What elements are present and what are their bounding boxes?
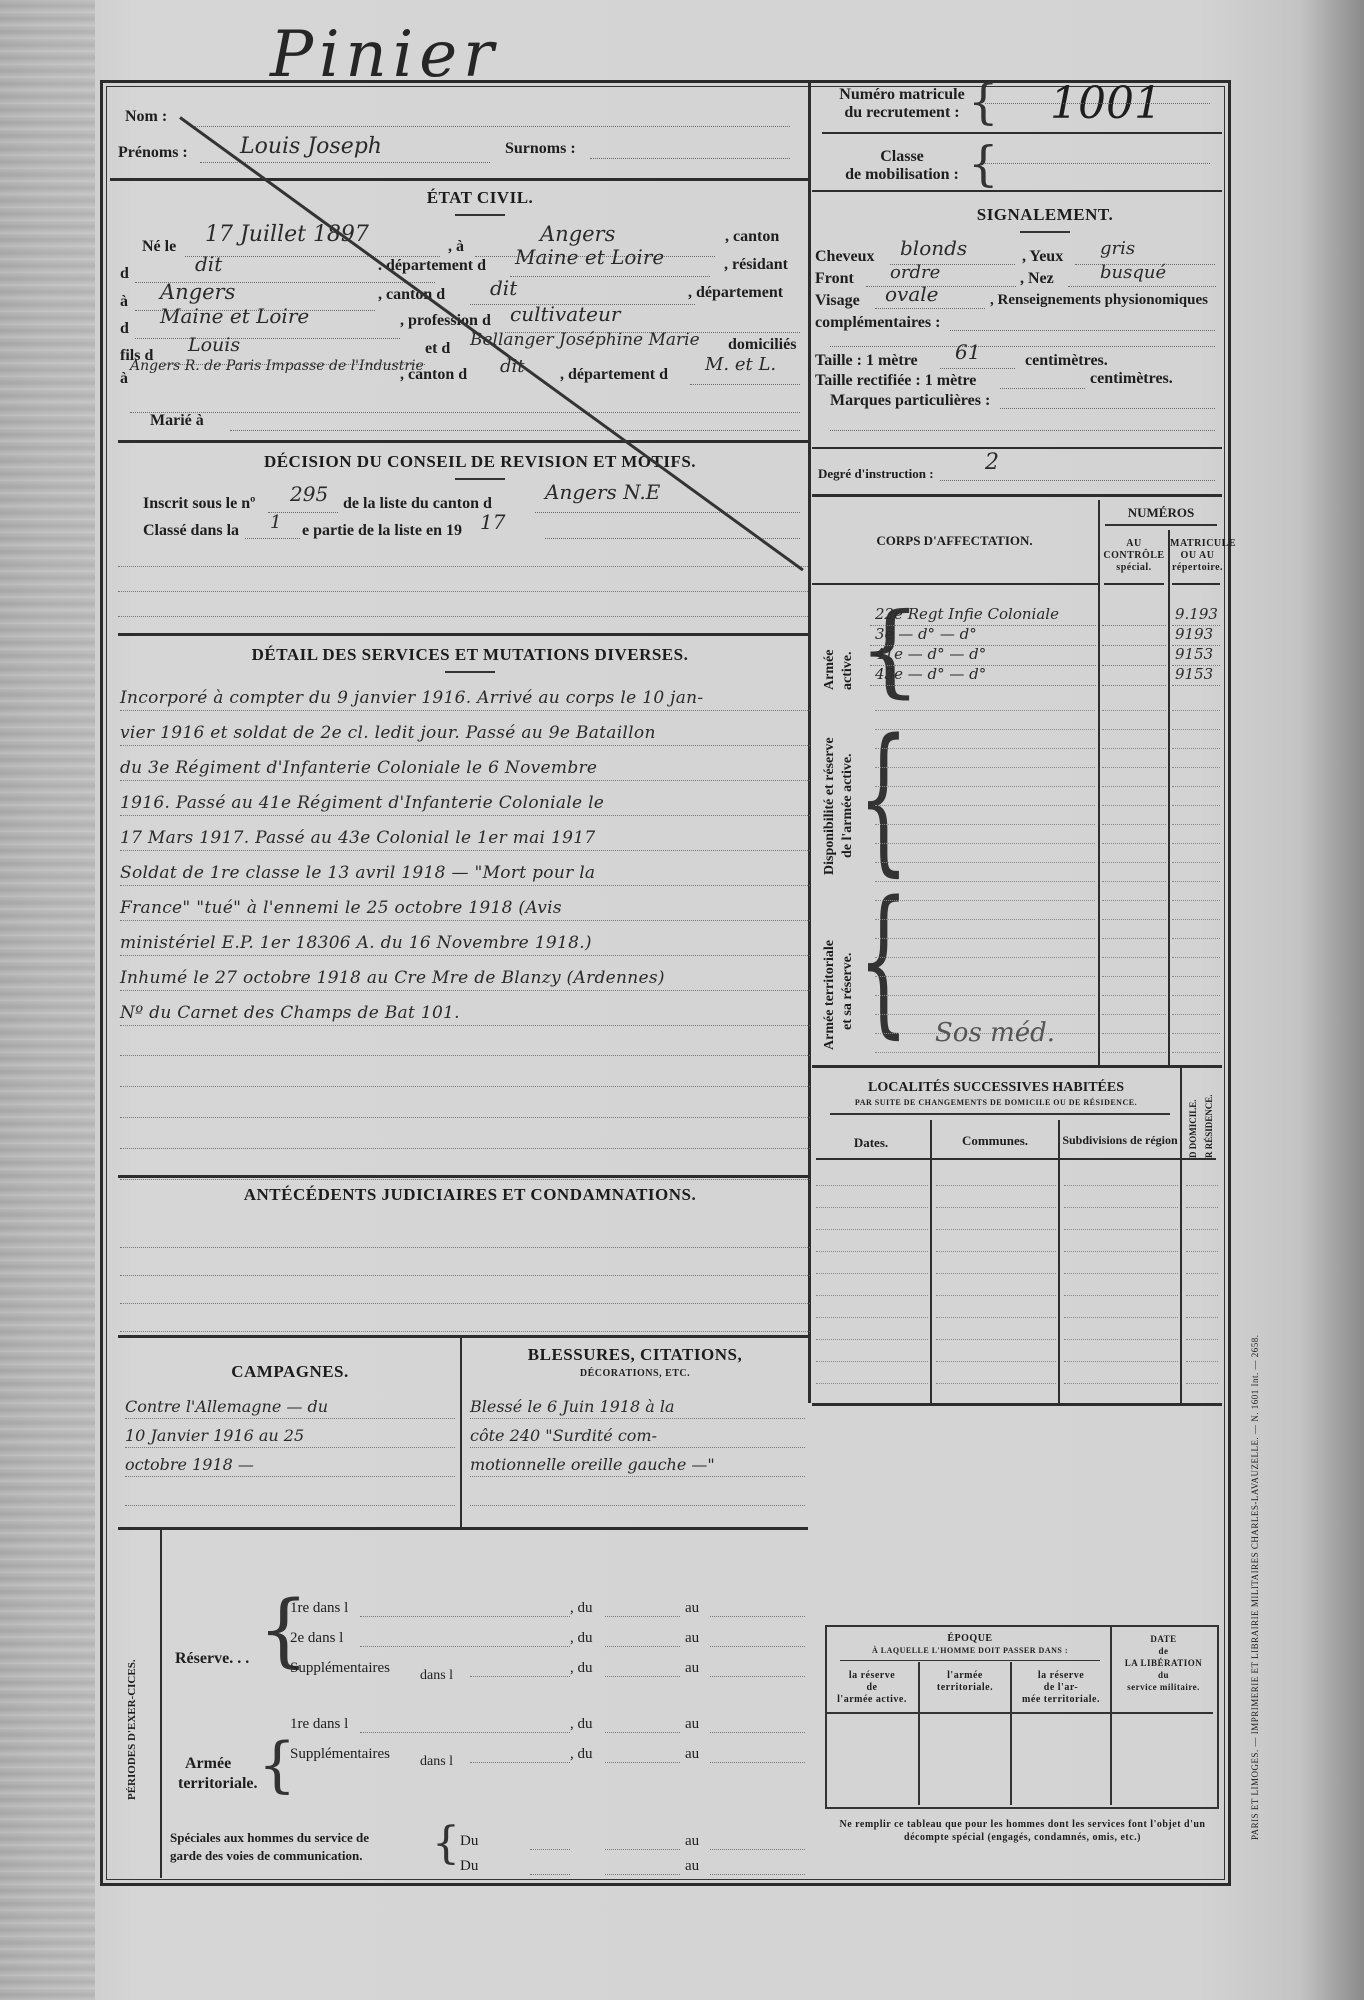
ruled-line <box>605 1732 680 1733</box>
services-line-text: Incorporé à compter du 9 janvier 1916. A… <box>120 688 703 708</box>
ruled-line <box>870 685 1096 686</box>
prenoms-label: Prénoms : <box>118 144 188 162</box>
ruled-line <box>1186 1207 1218 1208</box>
services-line-text: vier 1916 et soldat de 2e cl. ledit jour… <box>120 723 656 743</box>
services-line: du 3e Régiment d'Infanterie Coloniale le… <box>120 746 810 781</box>
services-line-text: du 3e Régiment d'Infanterie Coloniale le… <box>120 758 597 778</box>
ruled-line <box>710 1616 805 1617</box>
ruled-line <box>1172 1052 1220 1053</box>
canton2-value: dit <box>490 276 517 300</box>
periode-dans: dans l <box>420 1754 453 1770</box>
col-domicile: D DOMICILE. <box>1188 1099 1198 1158</box>
marie-label: Marié à <box>150 412 204 430</box>
domicilies-label: domiciliés <box>728 336 796 354</box>
localites-title: LOCALITÉS SUCCESSIVES HABITÉES <box>812 1080 1180 1096</box>
divider <box>830 1113 1170 1115</box>
ruled-line <box>1172 938 1220 939</box>
periode-du: , du <box>570 1660 593 1677</box>
header-line: DATE <box>1112 1633 1215 1645</box>
inscrit-label: Inscrit sous le nº <box>143 495 255 513</box>
binding-edge <box>0 0 95 2000</box>
ruled-line <box>816 1361 928 1362</box>
ruled-line <box>816 1317 928 1318</box>
services-line-text: France" "tué" à l'ennemi le 25 octobre 1… <box>120 898 562 918</box>
services-line-text: Soldat de 1re classe le 13 avril 1918 — … <box>120 863 595 883</box>
col-dates: Dates. <box>812 1135 930 1151</box>
header-line: LA LIBÉRATION <box>1112 1657 1215 1669</box>
ruled-line <box>1186 1251 1218 1252</box>
divider <box>840 1660 1100 1661</box>
ruled-line <box>936 1229 1056 1230</box>
ruled-line <box>1102 824 1166 825</box>
blessures-line: motionnelle oreille gauche —" <box>470 1448 805 1477</box>
divider <box>930 1120 932 1403</box>
ruled-line <box>816 1383 928 1384</box>
ruled-line <box>936 1295 1056 1296</box>
marques-label: Marques particulières : <box>830 392 990 410</box>
ruled-line <box>1172 805 1220 806</box>
line <box>1000 408 1215 409</box>
periode-au: au <box>685 1600 699 1617</box>
marie-line <box>230 430 800 431</box>
territoriale-label-2: et sa réserve. <box>840 953 856 1030</box>
services-line: ministériel E.P. 1er 18306 A. du 16 Nove… <box>120 921 810 956</box>
divider <box>812 190 1222 192</box>
ruled-line <box>875 1014 1095 1015</box>
periode-au: au <box>685 1660 699 1677</box>
ruled-line <box>1186 1229 1218 1230</box>
services-line-text: 17 Mars 1917. Passé au 43e Colonial le 1… <box>120 828 595 848</box>
services-line: vier 1916 et soldat de 2e cl. ledit jour… <box>120 711 810 746</box>
ruled-line <box>710 1874 805 1875</box>
ruled-line <box>875 1052 1095 1053</box>
services-line-text: ministériel E.P. 1er 18306 A. du 16 Nove… <box>120 933 592 953</box>
ruled-line <box>1172 748 1220 749</box>
ruled-line <box>816 1207 928 1208</box>
ruled-line <box>1102 1014 1166 1015</box>
periodes-side-label: PÉRIODES D'EXER-CICES. <box>126 1659 138 1800</box>
ruled-line <box>1064 1361 1178 1362</box>
renseignements-label: , Renseignements physionomiques <box>990 292 1208 309</box>
ruled-line <box>816 1251 928 1252</box>
front-label: Front <box>815 270 854 288</box>
ruled-line <box>120 1056 810 1087</box>
ruled-line <box>875 767 1095 768</box>
ruled-line <box>710 1762 805 1763</box>
campagnes-line-text: Contre l'Allemagne — du <box>125 1397 328 1416</box>
header-line: du <box>1112 1669 1215 1681</box>
classe-value: 1 <box>270 512 281 533</box>
ruled-line <box>1102 685 1166 686</box>
ruled-line <box>710 1646 805 1647</box>
ruled-line <box>1102 976 1166 977</box>
ruled-line <box>1102 843 1166 844</box>
line <box>985 103 1210 104</box>
line <box>940 368 1015 369</box>
ruled-line <box>1064 1339 1178 1340</box>
visage-value: ovale <box>885 282 939 306</box>
ruled-line <box>875 957 1095 958</box>
ruled-line <box>875 843 1095 844</box>
divider <box>812 494 1222 497</box>
line <box>130 412 800 413</box>
disponibilite-label-2: de l'armée active. <box>840 753 856 858</box>
departement3-label: , département d <box>560 366 668 384</box>
ruled-line <box>1186 1273 1218 1274</box>
ruled-line <box>1172 843 1220 844</box>
reserve-label: Réserve. . . <box>175 1650 249 1668</box>
ruled-line <box>1102 1033 1166 1034</box>
ruled-line <box>118 591 808 593</box>
divider <box>110 178 808 181</box>
ruled-line <box>360 1646 570 1647</box>
divider <box>812 583 1098 585</box>
ruled-line <box>1064 1383 1178 1384</box>
corps-title: CORPS D'AFFECTATION. <box>812 533 1097 549</box>
services-line: 17 Mars 1917. Passé au 43e Colonial le 1… <box>120 816 810 851</box>
divider <box>812 1403 1222 1406</box>
ruled-line <box>1172 786 1220 787</box>
col-subdivisions: Subdivisions de région <box>1060 1133 1180 1148</box>
campagnes-title: CAMPAGNES. <box>120 1362 460 1382</box>
ruled-line <box>1102 900 1166 901</box>
taille-rect-label: Taille rectifiée : 1 mètre <box>815 372 976 390</box>
header-line: de <box>1112 1645 1215 1657</box>
inscrit-value: 295 <box>290 482 328 506</box>
periode-label: Supplémentaires <box>290 1660 390 1677</box>
ruled-line <box>1172 685 1220 686</box>
campagnes-line: Contre l'Allemagne — du <box>125 1390 455 1419</box>
header-line: répertoire. <box>1170 562 1225 574</box>
matricule-label-2: du recrutement : <box>822 104 982 122</box>
ruled-line <box>605 1646 680 1647</box>
header-line: de <box>827 1682 917 1694</box>
periode-du: , du <box>570 1630 593 1647</box>
corps-row-matricule: 9153 <box>1175 645 1213 663</box>
d1-label: d <box>120 265 129 283</box>
periode-au: au <box>685 1746 699 1763</box>
services-title: DÉTAIL DES SERVICES ET MUTATIONS DIVERSE… <box>230 645 710 673</box>
partie-label: e partie de la liste en 19 <box>302 522 462 540</box>
header-line: CONTRÔLE <box>1100 550 1168 562</box>
epoque-col1: la réservedel'armée active. <box>827 1670 917 1706</box>
header-line: l'armée active. <box>827 1694 917 1706</box>
a2-label: à <box>120 293 128 311</box>
line <box>940 480 1215 481</box>
a-value: Angers <box>540 222 615 246</box>
ruled-line <box>936 1361 1056 1362</box>
cheveux-label: Cheveux <box>815 248 875 266</box>
ruled-line <box>816 1185 928 1186</box>
ruled-line <box>1186 1317 1218 1318</box>
ruled-line <box>875 938 1095 939</box>
annee-value: 17 <box>480 510 505 534</box>
line <box>245 538 300 539</box>
ruled-line <box>875 862 1095 863</box>
line <box>875 308 985 309</box>
terr-brace: { <box>258 1735 296 1795</box>
matricule-label-1: Numéro matricule <box>822 86 982 104</box>
nez-label: , Nez <box>1020 270 1054 288</box>
yeux-label: , Yeux <box>1022 248 1063 266</box>
centimetres-label: centimètres. <box>1025 352 1108 370</box>
line <box>830 346 1215 347</box>
services-line-text: Inhumé le 27 octobre 1918 au Cre Mre de … <box>120 968 665 988</box>
ruled-line <box>875 995 1095 996</box>
divider <box>118 1175 808 1178</box>
ruled-line <box>875 805 1095 806</box>
classe-label: Classé dans la <box>143 522 239 540</box>
periode-au: au <box>685 1716 699 1733</box>
header-line: MATRICULE <box>1170 538 1225 550</box>
profession-value: cultivateur <box>510 302 620 326</box>
divider <box>812 447 1222 449</box>
campagnes-line: octobre 1918 — <box>125 1448 455 1477</box>
nom-label: Nom : <box>125 108 167 126</box>
d2-value: Maine et Loire <box>160 304 309 328</box>
ruled-line <box>710 1676 805 1677</box>
ruled-line <box>875 919 1095 920</box>
ruled-line <box>875 748 1095 749</box>
periode-label: Du <box>460 1833 478 1850</box>
ruled-line <box>875 900 1095 901</box>
ruled-line <box>710 1732 805 1733</box>
liste-canton-value: Angers N.E <box>545 480 660 504</box>
ruled-line <box>1172 995 1220 996</box>
canton3-label: , canton d <box>400 366 467 384</box>
col-controle-header: AUCONTRÔLEspécial. <box>1100 538 1168 574</box>
ruled-line <box>1172 900 1220 901</box>
scanned-page: Pinier Nom : Prénoms : Louis Joseph Surn… <box>0 0 1364 2000</box>
ruled-line <box>120 1118 810 1149</box>
ruled-line <box>1102 645 1166 646</box>
ruled-line <box>875 881 1095 882</box>
complementaires-label: complémentaires : <box>815 314 940 332</box>
reserve-active-brace: { <box>858 718 909 878</box>
divider <box>1168 530 1170 1065</box>
ruled-line <box>1102 748 1166 749</box>
territoriale-brace: { <box>858 880 909 1040</box>
matricule-brace: { <box>968 78 999 126</box>
d1-value: dit <box>195 252 222 276</box>
corps-row-matricule: 9.193 <box>1175 605 1218 623</box>
ruled-line <box>1102 919 1166 920</box>
mere-value: Bellanger Joséphine Marie <box>470 330 700 350</box>
services-line: Inhumé le 27 octobre 1918 au Cre Mre de … <box>120 956 810 991</box>
services-line: Nº du Carnet des Champs de Bat 101. <box>120 991 810 1026</box>
ruled-line <box>1172 881 1220 882</box>
classe-mob-label-2: de mobilisation : <box>822 166 982 184</box>
ruled-line <box>1172 767 1220 768</box>
ruled-line <box>1172 710 1220 711</box>
ruled-line <box>120 1304 810 1332</box>
corps-row-name: 43e — d° — d° <box>875 665 986 683</box>
ruled-line <box>816 1295 928 1296</box>
domicile-value: Angers R. de Paris Impasse de l'Industri… <box>130 358 424 374</box>
line <box>950 330 1215 331</box>
ruled-line <box>1186 1339 1218 1340</box>
a2-value: Angers <box>160 280 235 304</box>
divider <box>812 1065 1222 1068</box>
classe-line <box>985 163 1210 164</box>
speciales-label-2: garde des voies de communication. <box>170 1848 362 1864</box>
ruled-line <box>1064 1273 1178 1274</box>
nez-value: busqué <box>1100 262 1166 283</box>
ruled-line <box>360 1616 570 1617</box>
divider <box>1172 583 1220 585</box>
campagnes-line: 10 Janvier 1916 au 25 <box>125 1419 455 1448</box>
periode-label: Supplémentaires <box>290 1746 390 1763</box>
et-label: et d <box>425 340 450 358</box>
ruled-line <box>120 1025 810 1056</box>
classe-mob-label-1: Classe <box>822 148 982 166</box>
ruled-line <box>1102 1052 1166 1053</box>
ruled-line <box>120 1248 810 1276</box>
periode-du: , du <box>570 1600 593 1617</box>
divider <box>118 1335 808 1338</box>
divider <box>118 633 808 636</box>
ruled-line <box>1102 957 1166 958</box>
ruled-line <box>1172 862 1220 863</box>
residant-label: , résidant <box>724 256 788 274</box>
campagnes-line-text: octobre 1918 — <box>125 1455 254 1474</box>
nom-line <box>190 126 790 127</box>
visage-label: Visage <box>815 292 860 310</box>
line <box>535 512 800 513</box>
ruled-line <box>875 824 1095 825</box>
campagnes-text: Contre l'Allemagne — du10 Janvier 1916 a… <box>125 1390 455 1506</box>
periode-au: au <box>685 1858 699 1875</box>
ruled-line <box>1102 862 1166 863</box>
ruled-line <box>118 566 808 568</box>
corps-row-name: 3e — d° — d° <box>875 625 977 643</box>
ruled-line <box>605 1874 680 1875</box>
epoque-col3: la réservede l'ar-mée territoriale. <box>1012 1670 1110 1706</box>
divider <box>460 1337 462 1527</box>
divider <box>822 132 1222 134</box>
ruled-line <box>1064 1185 1178 1186</box>
blessures-line: côte 240 "Surdité com- <box>470 1419 805 1448</box>
ruled-line <box>1102 729 1166 730</box>
blessures-line-text: motionnelle oreille gauche —" <box>470 1455 715 1474</box>
armee-active-label-1: Armée <box>822 650 838 690</box>
periode-label: 2e dans l <box>290 1630 343 1647</box>
armee-terr-label-2: territoriale. <box>178 1775 258 1793</box>
ruled-line <box>936 1207 1056 1208</box>
corps-row-matricule: 9193 <box>1175 625 1213 643</box>
header-line: OU AU <box>1170 550 1225 562</box>
signalement-title: SIGNALEMENT. <box>880 205 1210 233</box>
blessures-text: Blessé le 6 Juin 1918 à lacôte 240 "Surd… <box>470 1390 805 1506</box>
domicile-a-label: à <box>120 370 128 388</box>
ruled-line <box>816 1273 928 1274</box>
d2-label: d <box>120 320 129 338</box>
speciales-label-1: Spéciales aux hommes du service de <box>170 1830 369 1846</box>
header-line: spécial. <box>1100 562 1168 574</box>
degre-label: Degré d'instruction : <box>818 466 934 482</box>
surnoms-label: Surnoms : <box>505 140 576 158</box>
corps-annotation: Sos méd. <box>935 1018 1055 1048</box>
header-line: la réserve <box>827 1670 917 1682</box>
epoque-col2: l'arméeterritoriale. <box>920 1670 1010 1694</box>
ne-le-label: Né le <box>142 238 176 256</box>
blessures-line: Blessé le 6 Juin 1918 à la <box>470 1390 805 1419</box>
services-line: Incorporé à compter du 9 janvier 1916. A… <box>120 676 810 711</box>
front-value: ordre <box>890 262 940 283</box>
ruled-line <box>936 1383 1056 1384</box>
ruled-line <box>875 729 1095 730</box>
ruled-line <box>1172 976 1220 977</box>
ruled-line <box>360 1732 570 1733</box>
ruled-line <box>1186 1185 1218 1186</box>
ruled-line <box>605 1762 680 1763</box>
periode-au: au <box>685 1833 699 1850</box>
ruled-line <box>1064 1317 1178 1318</box>
departement-value: Maine et Loire <box>515 245 664 269</box>
departement2-label: , département <box>688 284 783 302</box>
epoque-note: Ne remplir ce tableau que pour les homme… <box>830 1818 1215 1844</box>
ruled-line <box>120 1087 810 1118</box>
corps-row-name: 41e — d° — d° <box>875 645 986 663</box>
line <box>1000 388 1085 389</box>
ruled-line <box>816 1229 928 1230</box>
ruled-line <box>936 1251 1056 1252</box>
ruled-line <box>605 1676 680 1677</box>
services-empty-lines <box>120 1025 810 1180</box>
ruled-line <box>605 1616 680 1617</box>
fils-value: Louis <box>188 334 240 356</box>
periode-du: , du <box>570 1746 593 1763</box>
ruled-line <box>1064 1295 1178 1296</box>
divider <box>1104 583 1164 585</box>
divider <box>118 440 808 443</box>
ruled-line <box>875 786 1095 787</box>
ruled-line <box>1172 957 1220 958</box>
header-line: de l'ar- <box>1012 1682 1110 1694</box>
blessures-title: BLESSURES, CITATIONS, <box>465 1345 805 1365</box>
ruled-line <box>1172 824 1220 825</box>
ruled-line <box>125 1477 455 1506</box>
blessures-line-text: côte 240 "Surdité com- <box>470 1426 657 1445</box>
yeux-value: gris <box>1100 238 1135 259</box>
header-line: service militaire. <box>1112 1681 1215 1693</box>
ruled-line <box>1186 1383 1218 1384</box>
date-liberation-header: DATEdeLA LIBÉRATIONduservice militaire. <box>1112 1633 1215 1693</box>
ruled-line <box>1102 767 1166 768</box>
ruled-line <box>1102 805 1166 806</box>
ruled-line <box>530 1874 570 1875</box>
antecedents-lines <box>120 1220 810 1332</box>
antecedents-title: ANTÉCÉDENTS JUDICIAIRES ET CONDAMNATIONS… <box>220 1185 720 1205</box>
ruled-line <box>1064 1207 1178 1208</box>
divider <box>118 1527 808 1530</box>
liste-canton-label: de la liste du canton d <box>343 495 492 513</box>
ruled-line <box>1064 1229 1178 1230</box>
line <box>690 384 800 385</box>
periode-du: , du <box>570 1716 593 1733</box>
departement3-value: M. et L. <box>705 354 776 375</box>
ruled-line <box>1186 1295 1218 1296</box>
ruled-line <box>1172 1033 1220 1034</box>
territoriale-label-1: Armée territoriale <box>822 940 838 1050</box>
taille-value: 61 <box>955 340 980 364</box>
header-line: mée territoriale. <box>1012 1694 1110 1706</box>
header-line: AU <box>1100 538 1168 550</box>
campagnes-line-text: 10 Janvier 1916 au 25 <box>125 1426 304 1445</box>
speciales-brace: { <box>432 1822 460 1866</box>
centimetres2-label: centimètres. <box>1090 370 1173 388</box>
services-line: France" "tué" à l'ennemi le 25 octobre 1… <box>120 886 810 921</box>
